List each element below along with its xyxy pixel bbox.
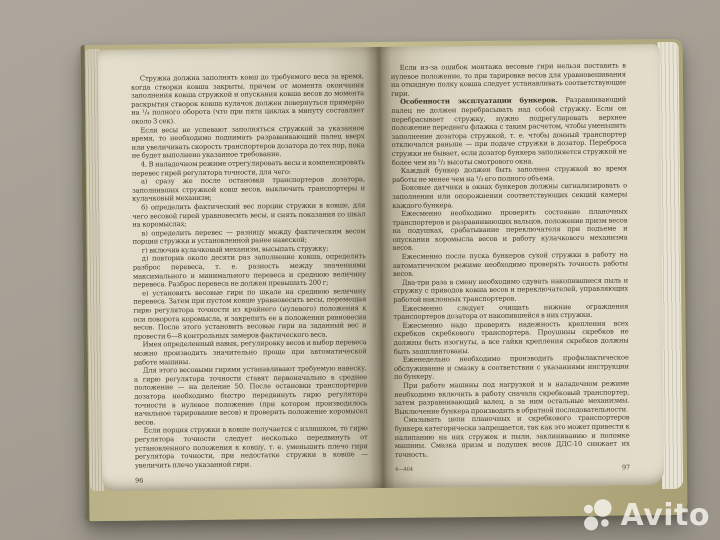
page-number-right: 97 [622,464,630,473]
paragraph: Имея определенный навык, регулировку вес… [134,339,367,367]
paragraph: Смазывать цепи планочных и скребкового т… [394,414,629,459]
paragraph: Если весы не успевают заполняться стружк… [131,124,364,161]
paragraph: Ежесменно после пуска бункеров сухой стр… [393,251,628,279]
page-spread: Стружка должна заполнять ковш до требуем… [98,44,665,491]
paragraph: Если порция стружки в ковше получается с… [135,425,368,470]
paragraph: Два-три раза в смену необходимо сдувать … [393,276,628,304]
avito-logo-icon [581,499,615,533]
page-number-left: 96 [135,474,368,485]
right-page-footer: 4—464 97 [395,464,630,475]
right-page-text: Если из-за ошибок монтажа весовые гири н… [391,61,630,474]
signature-mark: 4—464 [395,466,413,475]
paragraph: Боковые датчики в окнах бункеров должны … [392,182,627,210]
avito-watermark-label: Avito [621,501,710,531]
paragraph-text: Разравнивающий палец не должен перебрасы… [391,96,627,167]
paragraph: Стружка должна заполнять ковш до требуем… [131,72,365,126]
paragraph: Еженедельно необходимо производить профи… [394,354,629,382]
paragraph: При работе машины под нагрузкой и в нала… [394,379,629,416]
paragraph: Если из-за ошибок монтажа весовые гири н… [391,61,626,98]
left-page: Стружка должна заполнять ковш до требуем… [98,47,384,491]
list-item: д) повторив около десяти раз заполнение … [133,253,366,290]
paragraph: Ежесменно надо проверять надежность креп… [393,319,628,356]
list-item: б) определить фактический вес порции стр… [132,201,365,229]
right-page: Если из-за ошибок монтажа весовые гири н… [379,44,665,488]
open-book: Стружка должна заполнять ковш до требуем… [81,39,688,521]
paragraph: Особенности эксплуатации бункеров. Разра… [391,96,627,167]
paragraph: Ежесменно необходимо проверять состояние… [392,208,627,253]
left-page-text: Стружка должна заполнять ковш до требуем… [131,72,368,485]
paragraph: Для этого весовыми гирями устанавливают … [134,364,368,427]
avito-watermark: Avito [581,499,710,533]
list-item: е) установить весовые гири по шкале на с… [133,287,367,341]
list-item: а) сразу же после остановки транспортеро… [132,175,365,203]
